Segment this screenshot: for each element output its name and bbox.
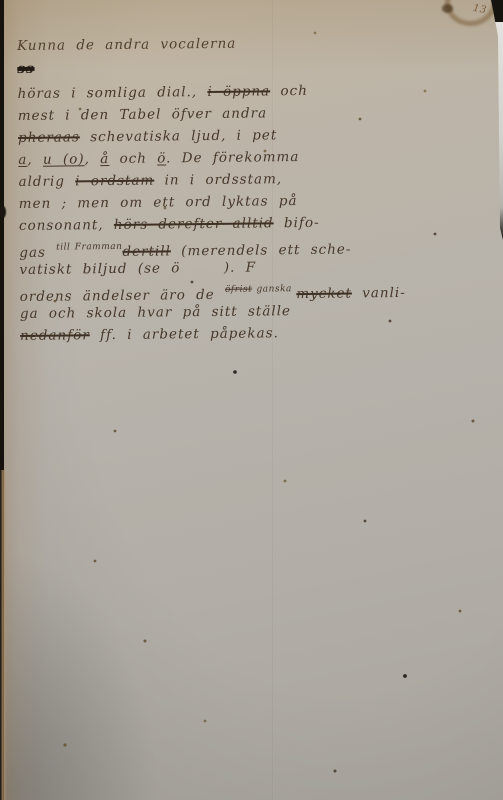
struck-text-segment: mycket: [296, 286, 352, 303]
text-segment: ff. i arbetet påpekas.: [90, 325, 279, 343]
text-segment: schevatiska ljud, i pet: [80, 127, 278, 145]
inserted-superscript-segment: till Framman: [56, 242, 122, 253]
manuscript-line: nedanför ff. i arbetet påpekas.: [20, 321, 360, 347]
underlined-text-segment: u (o): [43, 151, 85, 167]
underlined-text-segment: ö: [157, 150, 166, 166]
text-segment: men ; men om ett ord lyktas på: [19, 193, 298, 212]
text-segment: consonant,: [19, 217, 114, 234]
text-segment: ,: [85, 151, 101, 167]
paper-speckles: [4, 0, 6, 2]
struck-text-segment: nedanför: [20, 327, 90, 344]
text-segment: och: [270, 83, 308, 99]
struck-text-segment: hörs derefter alltid: [114, 215, 274, 233]
text-segment: vatiskt biljud (se ö ). F: [19, 260, 256, 278]
text-segment: aldrig: [18, 173, 75, 190]
underlined-text-segment: å: [100, 151, 109, 167]
struck-text-segment: ss: [17, 61, 34, 77]
struck-superscript-segment: öfrist: [225, 285, 252, 295]
inserted-superscript-segment: ganska: [252, 284, 296, 294]
text-segment: vanli-: [352, 285, 406, 302]
text-segment: och: [109, 151, 157, 168]
text-segment: bifo-: [274, 215, 320, 231]
manuscript-line: ordens ändelser äro de öfrist ganska myc…: [20, 277, 360, 303]
text-segment: in i ordsstam,: [154, 171, 282, 188]
text-segment: ga och skola hvar på sitt ställe: [20, 303, 291, 322]
text-segment: . De förekomma: [166, 149, 299, 166]
struck-text-segment: i öppna: [207, 83, 270, 100]
text-segment: mest i den Tabel öfver andra: [18, 105, 267, 124]
ink-stain-blob: [442, 4, 453, 13]
heading-line: Kunna de andra vocalerna: [17, 32, 357, 56]
text-segment: Kunna de andra vocalerna: [17, 36, 236, 54]
manuscript-line: ss: [17, 57, 357, 77]
manuscript-page: 13 Kunna de andra vocalerna ss höras i s…: [4, 0, 503, 800]
manuscript-line: höras i somliga dial., i öppna och: [17, 79, 357, 105]
text-segment: ,: [27, 152, 43, 168]
under-page-edge: [0, 470, 7, 800]
manuscript-line: gas till Frammandertill (merendels ett s…: [19, 233, 359, 259]
edge-ink-mark: [0, 206, 6, 218]
underlined-text-segment: a: [18, 152, 27, 168]
struck-text-segment: pheraas: [18, 129, 80, 146]
page-number: 13: [472, 3, 487, 16]
struck-text-segment: i ordstam: [75, 173, 154, 190]
text-segment: höras i somliga dial.,: [18, 84, 208, 102]
handwritten-text-block: Kunna de andra vocalerna ss höras i soml…: [17, 32, 360, 347]
manuscript-scan: 13 Kunna de andra vocalerna ss höras i s…: [0, 0, 503, 800]
